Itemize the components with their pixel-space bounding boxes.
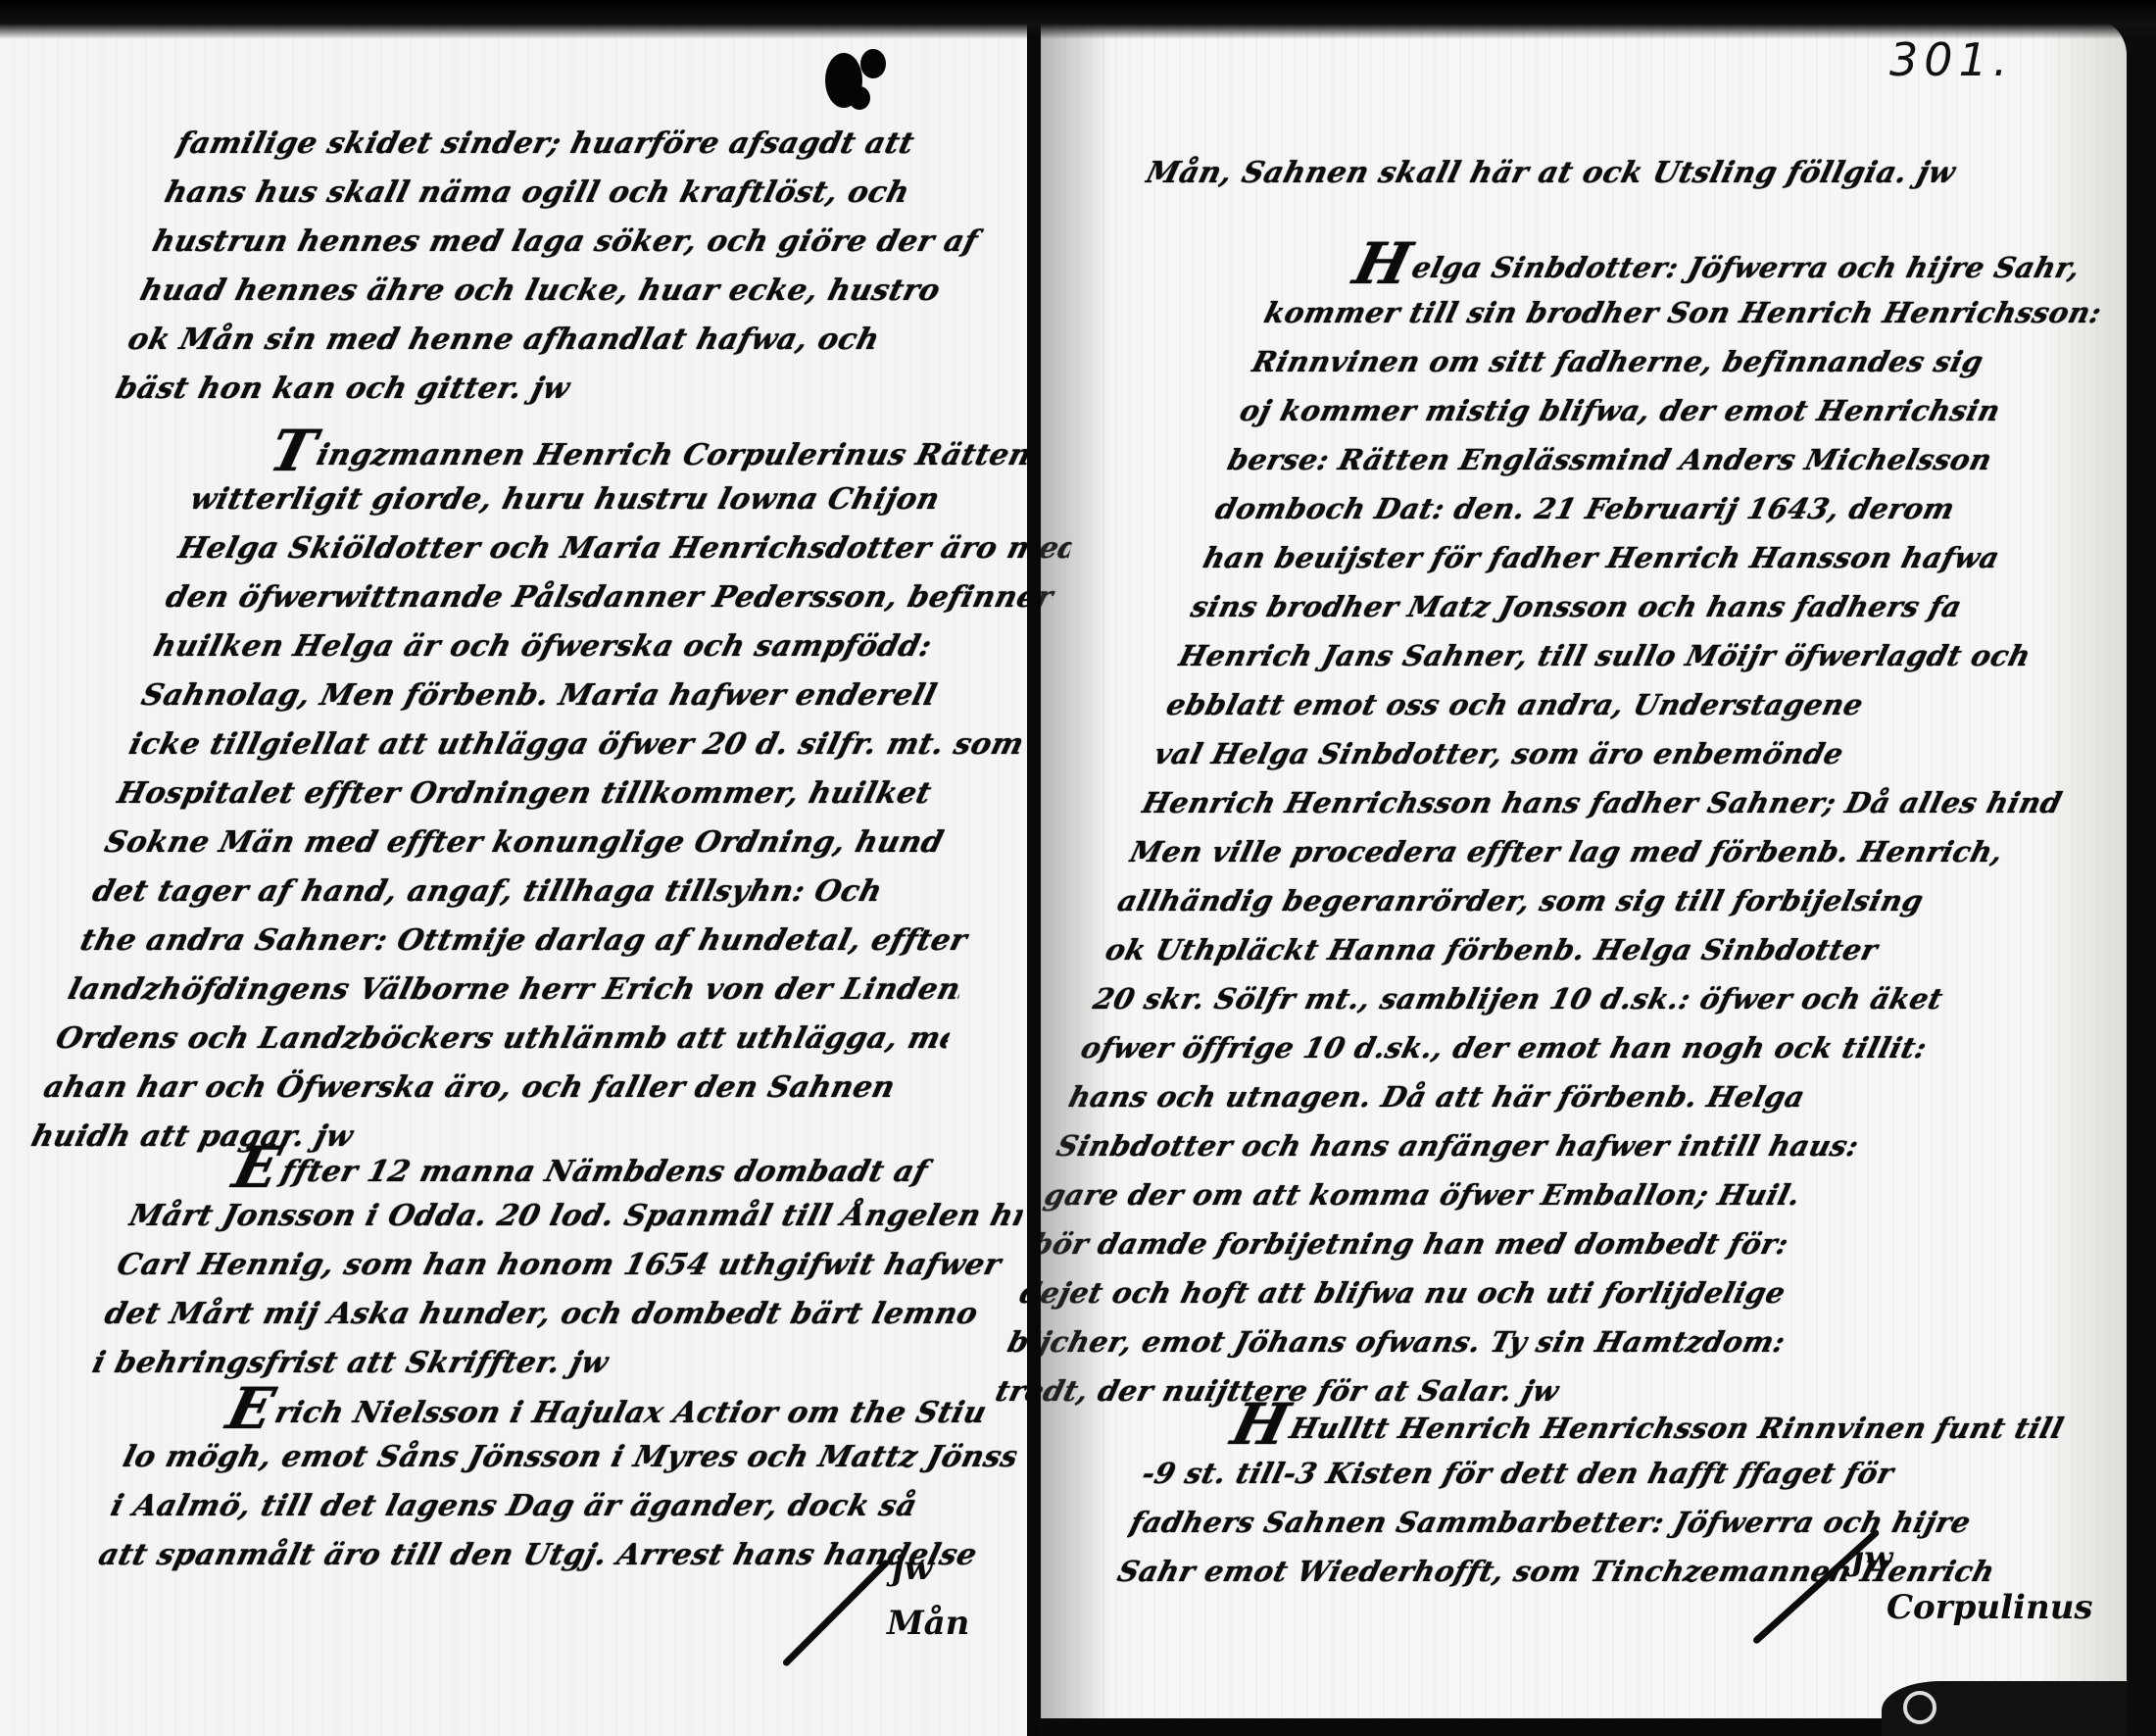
line-text: rich Nielsson i Hajulax Actior om the St… — [271, 1396, 990, 1430]
left-paragraph-1: familige skidet sinder; huarföre afsagdt… — [111, 120, 1047, 414]
line-text: ffter 12 manna Nämbdens dombadt af — [277, 1155, 931, 1189]
left-paragraph-3: Effter 12 manna Nämbdens dombadt af Mårt… — [87, 1143, 1040, 1388]
handwritten-line: HHulltt Henrich Henrichsson Rinnvinen fu… — [1149, 1400, 2121, 1449]
handwritten-line: lo mögh, emot Såns Jönsson i Myres och M… — [118, 1433, 1021, 1482]
book-clamp — [1882, 1681, 2127, 1736]
handwritten-line: Rinnvinen om sitt fadherne, befinnandes … — [1247, 337, 2156, 386]
handwritten-line: huad hennes ähre och lucke, huar ecke, h… — [135, 267, 1009, 316]
right-paragraph-3: HHulltt Henrich Henrichsson Rinnvinen fu… — [1112, 1400, 2122, 1596]
handwritten-line: icke tillgiellat att uthlägga öfwer 20 d… — [123, 720, 1027, 769]
handwritten-line: Ordens och Landzböckers uthlänmb att uth… — [50, 1015, 954, 1064]
handwritten-line: huilken Helga är och öfwerska och sampfö… — [148, 622, 1052, 671]
handwritten-line: ok Mån sin med henne afhandlat hafwa, oc… — [122, 316, 997, 365]
decorated-initial: H — [1347, 239, 1418, 288]
handwritten-line: det tager af hand, angaf, tillhaga tills… — [87, 868, 991, 917]
handwritten-line: den öfwerwittnande Pålsdanner Pedersson,… — [161, 573, 1064, 622]
handwritten-line: hans och utnagen. Då att här förbenb. He… — [1063, 1072, 2035, 1121]
handwritten-line: Henrich Jans Sahner, till sullo Möijr öf… — [1173, 631, 2145, 680]
handwritten-line: Sinbdotter och hans anfänger hafwer inti… — [1052, 1121, 2024, 1170]
handwritten-line: ofwer öffrige 10 d.sk., der emot han nog… — [1076, 1023, 2048, 1072]
ink-blot — [821, 47, 890, 114]
handwritten-line: the andra Sahner: Ottmije darlag af hund… — [74, 917, 978, 966]
signoff-jw-left: jw — [892, 1549, 933, 1588]
handwritten-line: Sokne Män med effter konunglige Ordning,… — [99, 818, 1003, 868]
handwritten-line: Sahnolag, Men förbenb. Maria hafwer ende… — [136, 671, 1040, 720]
handwritten-line: sins brodher Matz Jonsson och hans fadhe… — [1186, 582, 2156, 631]
handwritten-line: Helga Skiöldotter och Maria Henrichsdott… — [172, 524, 1076, 573]
handwritten-line: bäst hon kan och gitter. jw — [111, 365, 985, 414]
handwritten-line: Mån, Sahnen skall här at ock Utsling föl… — [1141, 149, 2093, 198]
handwritten-line: ebblatt emot oss och andra, Understagene — [1161, 680, 2133, 729]
scan-top-edge — [0, 0, 2156, 39]
handwritten-line: familige skidet sinder; huarföre afsagdt… — [171, 120, 1046, 169]
scan-right-edge — [2127, 0, 2156, 1736]
handwritten-line: landzhöfdingens Välborne herr Erich von … — [63, 966, 966, 1015]
signature-man: Mån — [887, 1604, 969, 1643]
handwritten-line: ahan har och Öfwerska äro, och faller de… — [38, 1064, 942, 1113]
handwritten-line: Mårt Jonsson i Odda. 20 lod. Spanmål til… — [123, 1192, 1027, 1241]
clamp-ring-icon — [1903, 1691, 1936, 1724]
handwritten-line: Erich Nielsson i Hajulax Actior om the S… — [129, 1384, 1033, 1433]
handwritten-line: 20 skr. Sölfr mt., samblijen 10 d.sk.: ö… — [1088, 974, 2060, 1023]
manuscript-spread: familige skidet sinder; huarföre afsagdt… — [0, 0, 2156, 1736]
handwritten-line: det Mårt mij Aska hunder, och dombedt bä… — [99, 1290, 1003, 1339]
handwritten-line: i behringsfrist att Skriffter. jw — [87, 1339, 991, 1388]
handwritten-line: ok Uthpläckt Hanna förbenb. Helga Sinbdo… — [1101, 925, 2073, 974]
line-text: Hulltt Henrich Henrichsson Rinnvinen fun… — [1287, 1412, 2068, 1445]
handwritten-line: berse: Rätten Englässmind Anders Michels… — [1222, 435, 2156, 484]
handwritten-line: bör damde forbijetning han med dombedt f… — [1027, 1219, 1999, 1268]
handwritten-line: Effter 12 manna Nämbdens dombadt af — [136, 1143, 1040, 1192]
handwritten-line: i Aalmö, till det lagens Dag är ägander,… — [106, 1482, 1009, 1531]
handwritten-line: kommer till sin brodher Son Henrich Henr… — [1259, 288, 2156, 337]
handwritten-line: bijcher, emot Jöhans ofwans. Ty sin Hamt… — [1003, 1317, 1975, 1366]
handwritten-line: att spanmålt äro till den Utgj. Arrest h… — [93, 1531, 997, 1580]
folio-number: 301. — [1889, 33, 2013, 86]
book-gutter — [1027, 0, 1041, 1736]
handwritten-line: han beuijster för fadher Henrich Hansson… — [1198, 533, 2156, 582]
handwritten-line: Tingzmannen Henrich Corpulerinus Rätten — [197, 426, 1101, 475]
handwritten-line: Hospitalet effter Ordningen tillkommer, … — [112, 769, 1015, 818]
handwritten-line: hustrun hennes med laga söker, och giöre… — [147, 218, 1021, 267]
line-text: elga Sinbdotter: Jöfwerra och hijre Sahr… — [1408, 251, 2083, 284]
gutter-shadow — [1041, 18, 1109, 1718]
handwritten-line: witterligit giorde, huru hustru lowna Ch… — [185, 475, 1089, 524]
handwritten-line: Men ville procedera effter lag med förbe… — [1125, 827, 2097, 876]
handwritten-line: hans hus skall näma ogill och kraftlöst,… — [159, 169, 1033, 218]
handwritten-line: -9 st. till-3 Kisten för dett den hafft … — [1137, 1449, 2109, 1498]
handwritten-line: Henrich Henrichsson hans fadher Sahner; … — [1137, 778, 2109, 827]
handwritten-line: Helga Sinbdotter: Jöfwerra och hijre Sah… — [1271, 239, 2156, 288]
decorated-initial: H — [1225, 1400, 1296, 1449]
handwritten-line: fadhers Sahnen Sammbarbetter: Jöfwerra o… — [1125, 1498, 2097, 1547]
handwritten-line: val Helga Sinbdotter, som äro enbemönde — [1149, 729, 2121, 778]
handwritten-line: dejet och hoft att blifwa nu och uti for… — [1014, 1268, 1986, 1317]
signature-corpulinus: Corpulinus — [1886, 1588, 2093, 1627]
line-text: ingzmannen Henrich Corpulerinus Rätten — [313, 438, 1035, 472]
handwritten-line: allhändig begeranrörder, som sig till fo… — [1112, 876, 2084, 925]
handwritten-line: oj kommer mistig blifwa, der emot Henric… — [1235, 386, 2156, 435]
left-paragraph-2: Tingzmannen Henrich Corpulerinus Rätten … — [26, 426, 1102, 1162]
handwritten-line: domboch Dat: den. 21 Februarij 1643, der… — [1210, 484, 2156, 533]
right-paragraph-1: Mån, Sahnen skall här at ock Utsling föl… — [1141, 149, 2093, 198]
handwritten-line: Carl Hennig, som han honom 1654 uthgifwi… — [112, 1241, 1015, 1290]
handwritten-line: gare der om att komma öfwer Emballon; Hu… — [1039, 1170, 2011, 1219]
